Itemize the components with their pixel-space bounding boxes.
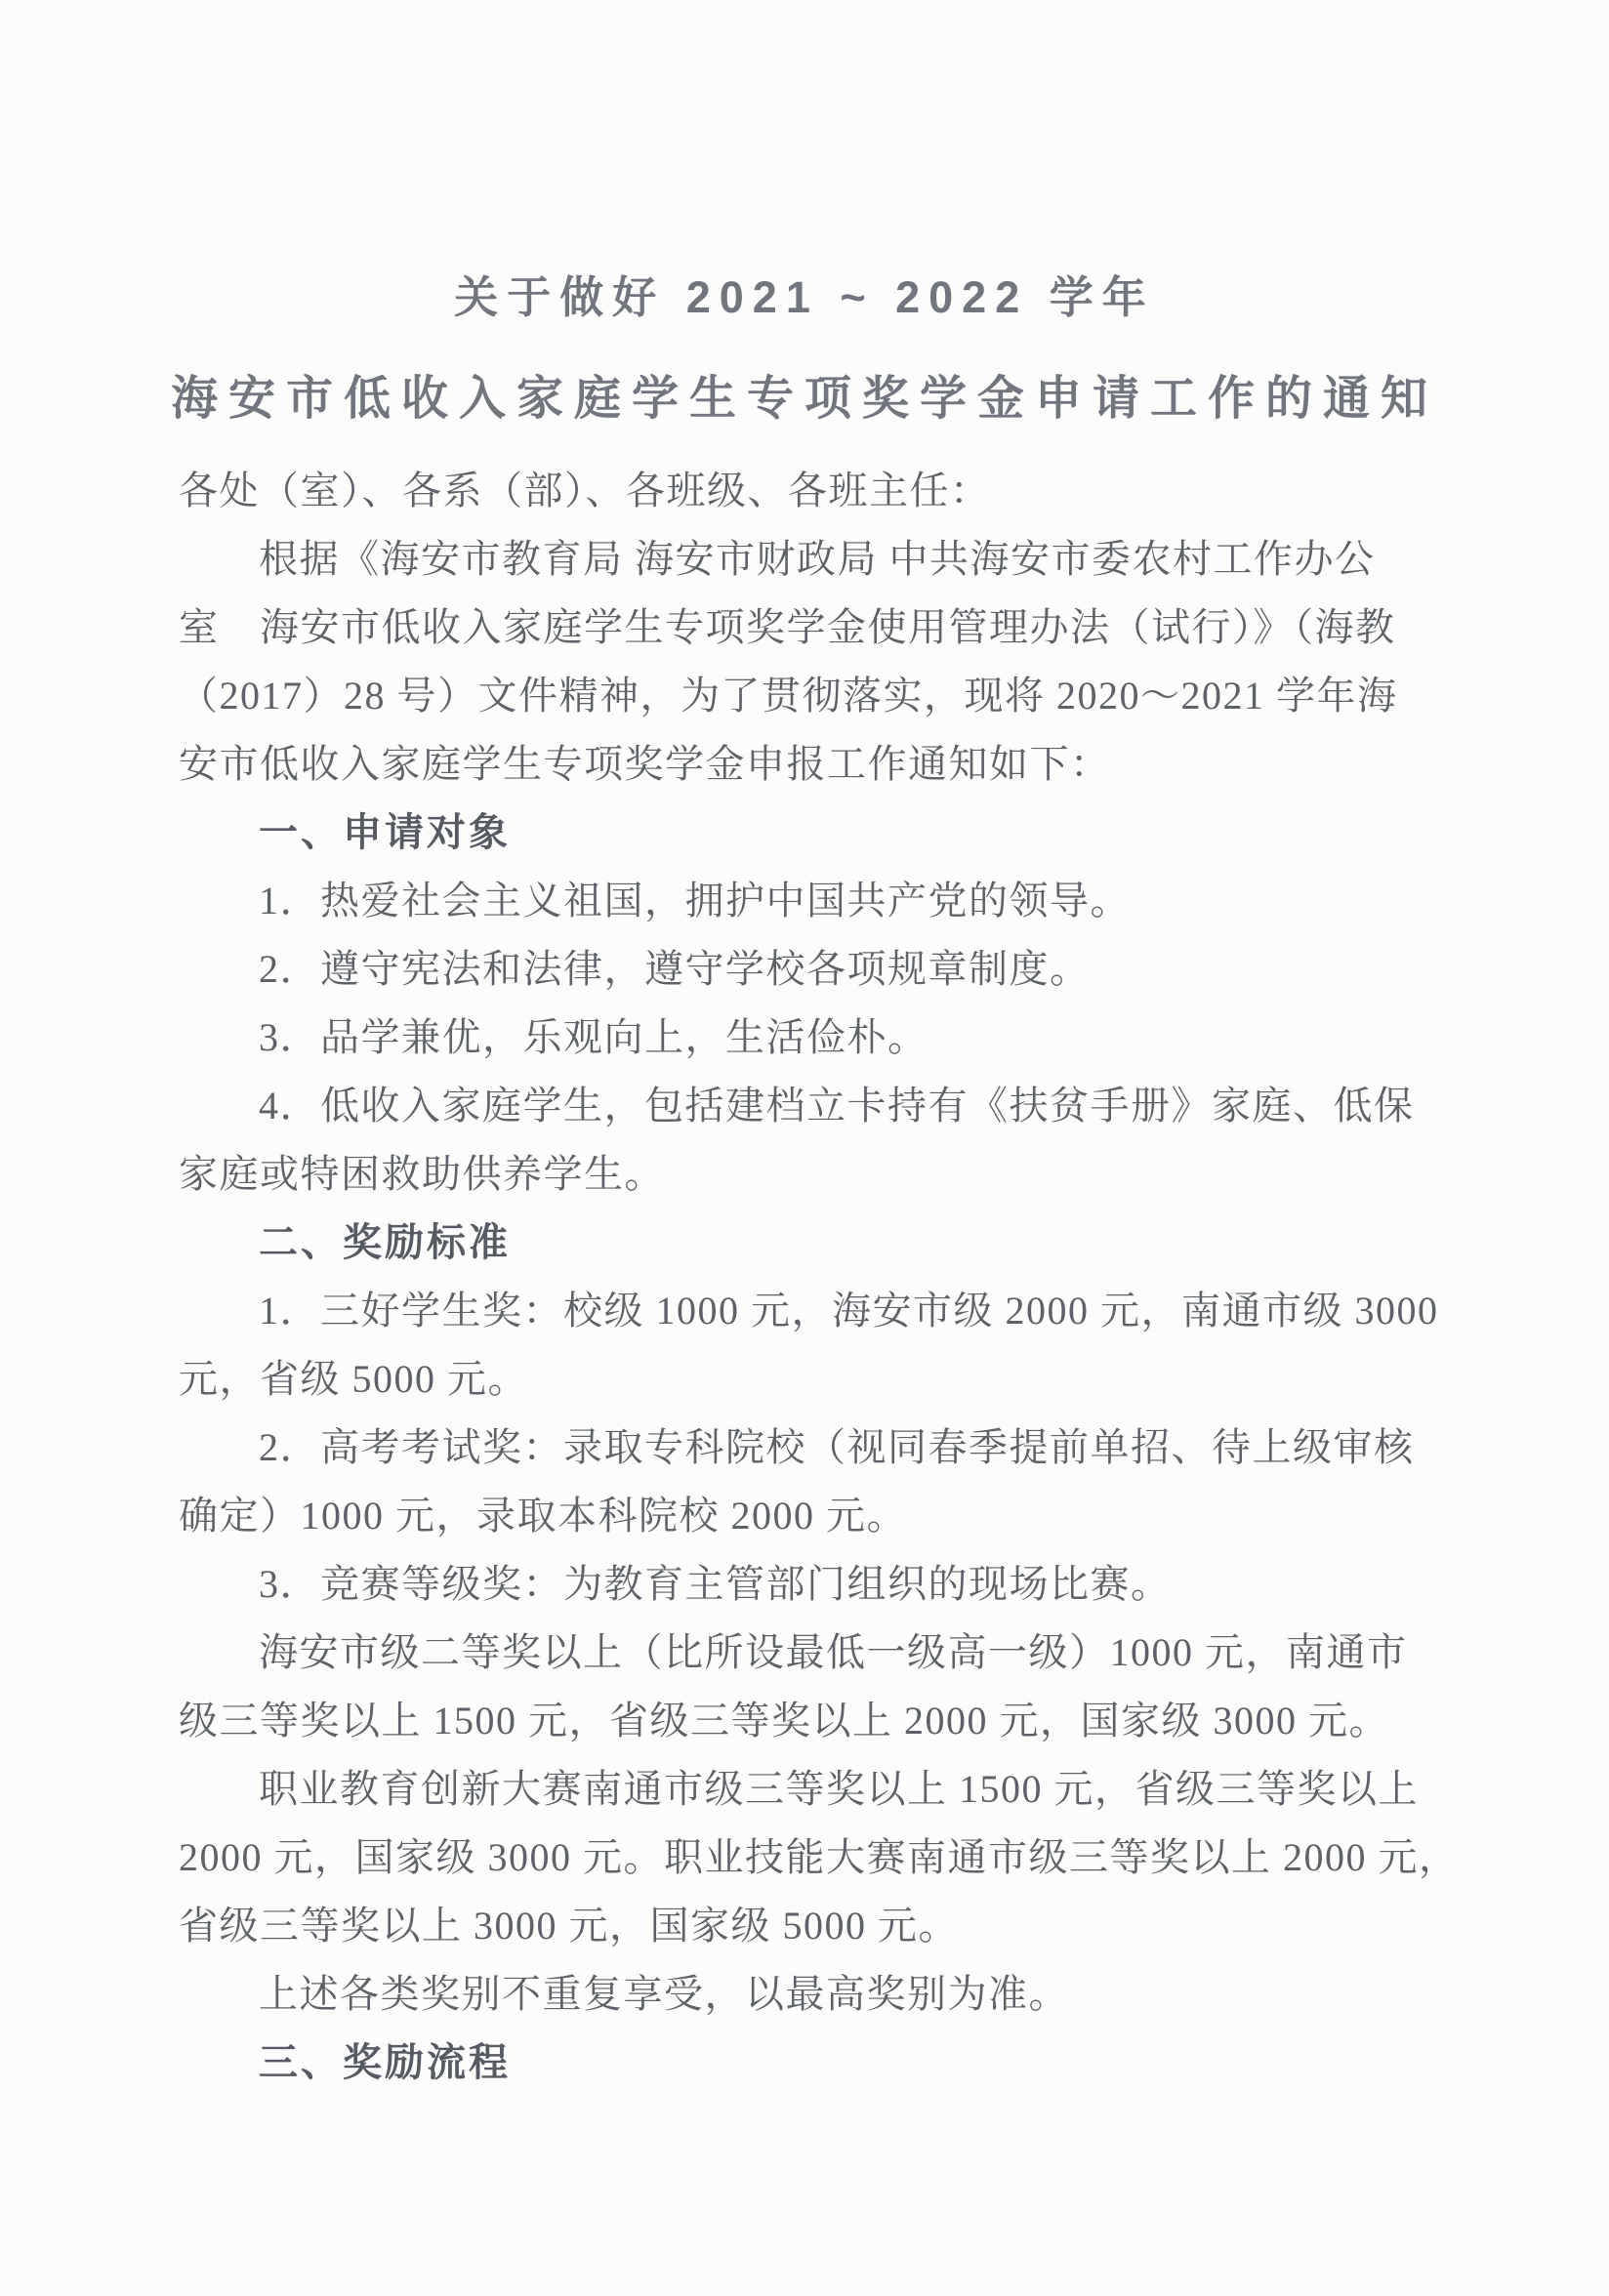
body-line: 安市低收入家庭学生专项奖学金申报工作通知如下： [179, 730, 1448, 799]
document-title-line2: 海安市低收入家庭学生专项奖学金申请工作的通知 [0, 360, 1609, 428]
section-heading: 二、奖励标准 [179, 1209, 1448, 1277]
document-body: 各处（室）、各系（部）、各班级、各班主任：根据《海安市教育局 海安市财政局 中共… [179, 457, 1448, 2097]
section-heading: 三、奖励流程 [179, 2029, 1448, 2097]
body-line: 2．遵守宪法和法律，遵守学校各项规章制度。 [179, 935, 1448, 1004]
body-line: 1．三好学生奖：校级 1000 元，海安市级 2000 元，南通市级 3000 [179, 1277, 1448, 1345]
document-title-line1: 关于做好 2021 ~ 2022 学年 [0, 262, 1609, 325]
document-page: 关于做好 2021 ~ 2022 学年 海安市低收入家庭学生专项奖学金申请工作的… [0, 0, 1609, 2296]
body-line: 职业教育创新大赛南通市级三等奖以上 1500 元，省级三等奖以上 [179, 1755, 1448, 1824]
body-line: 海安市级二等奖以上（比所设最低一级高一级）1000 元，南通市 [179, 1619, 1448, 1687]
body-line: 各处（室）、各系（部）、各班级、各班主任： [179, 457, 1448, 525]
body-line: 3．竞赛等级奖：为教育主管部门组织的现场比赛。 [179, 1550, 1448, 1619]
body-line: 上述各类奖别不重复享受，以最高奖别为准。 [179, 1960, 1448, 2029]
body-line: （2017）28 号）文件精神，为了贯彻落实，现将 2020～2021 学年海 [179, 662, 1448, 730]
body-line: 省级三等奖以上 3000 元，国家级 5000 元。 [179, 1892, 1448, 1960]
body-line: 室 海安市低收入家庭学生专项奖学金使用管理办法（试行）》（海教 [179, 594, 1448, 662]
body-line: 确定）1000 元，录取本科院校 2000 元。 [179, 1482, 1448, 1550]
body-line: 根据《海安市教育局 海安市财政局 中共海安市委农村工作办公 [179, 525, 1448, 594]
section-heading: 一、申请对象 [179, 799, 1448, 867]
document-title: 关于做好 2021 ~ 2022 学年 海安市低收入家庭学生专项奖学金申请工作的… [0, 262, 1609, 428]
body-line: 4．低收入家庭学生，包括建档立卡持有《扶贫手册》家庭、低保 [179, 1072, 1448, 1140]
body-line: 3．品学兼优，乐观向上，生活俭朴。 [179, 1004, 1448, 1072]
body-line: 级三等奖以上 1500 元，省级三等奖以上 2000 元，国家级 3000 元。 [179, 1687, 1448, 1755]
body-line: 2．高考考试奖：录取专科院校（视同春季提前单招、待上级审核 [179, 1414, 1448, 1482]
body-line: 1．热爱社会主义祖国，拥护中国共产党的领导。 [179, 867, 1448, 935]
body-line: 家庭或特困救助供养学生。 [179, 1140, 1448, 1209]
body-line: 2000 元，国家级 3000 元。职业技能大赛南通市级三等奖以上 2000 元… [179, 1824, 1448, 1892]
body-line: 元，省级 5000 元。 [179, 1345, 1448, 1414]
